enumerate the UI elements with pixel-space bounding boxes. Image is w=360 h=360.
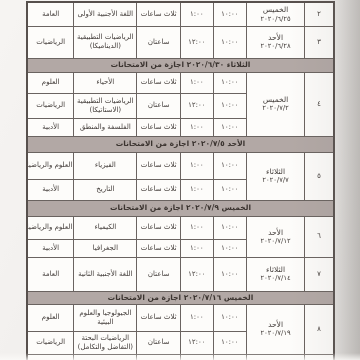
subject-cell: الجغرافيا	[74, 239, 137, 257]
start-time-cell: ١٠:٠٠	[213, 216, 247, 239]
duration-cell: ثلاث ساعات	[137, 239, 181, 257]
start-time-cell: ١٠:٠٠	[213, 152, 247, 179]
duration-cell: ساعتان	[137, 257, 181, 291]
end-time-cell: ١:٠٠	[181, 304, 214, 331]
bottom-photo-fade	[0, 353, 360, 360]
duration-cell: ثلاث ساعات	[137, 304, 181, 331]
end-time-cell: ١٢:٠٠	[181, 26, 214, 58]
exam-row: ٤الخميس٢٠٢٠/٧/٢١٠:٠٠١:٠٠ثلاث ساعاتالأحيا…	[27, 72, 334, 93]
subject-cell: الكيمياء	[74, 216, 137, 239]
duration-cell: ثلاث ساعات	[137, 118, 181, 136]
branch-cell: العلوم	[27, 72, 74, 93]
subject-cell: الأحياء	[74, 72, 137, 93]
subject-cell: الجيولوجيا والعلوم البيئية	[74, 304, 137, 331]
exam-row: ٨الأحد٢٠٢٠/٧/١٩١٠:٠٠١:٠٠ثلاث ساعاتالجيول…	[27, 304, 334, 331]
branch-cell: الرياضيات	[27, 331, 74, 354]
duration-cell: ساعتان	[137, 26, 181, 58]
subject-cell: الرياضيات التطبيقية (الاستاتيكا)	[74, 93, 137, 118]
duration-cell: ثلاث ساعات	[137, 152, 181, 179]
duration-cell: ثلاث ساعات	[137, 72, 181, 93]
subject-cell: الفلسفة والمنطق	[74, 118, 137, 136]
branch-cell: الأدبية	[27, 118, 74, 136]
branch-cell: العامة	[27, 2, 74, 26]
duration-cell: ثلاث ساعات	[137, 2, 181, 26]
start-time-cell: ١٠:٠٠	[213, 304, 247, 331]
branch-cell: الرياضيات	[27, 93, 74, 118]
holiday-band: الثلاثاء ٢٠٢٠/٦/٣٠ اجازة من الامتحانات	[27, 58, 334, 72]
branch-cell: الأدبية	[27, 179, 74, 200]
holiday-band: الخميس ٢٠٢٠/٧/١٦ اجازة من الامتحانات	[27, 291, 334, 304]
holiday-band: الخميس ٢٠٢٠/٧/٩ اجازة من الامتحانات	[27, 200, 334, 216]
subject-cell: الرياضيات البحتة (التفاضل والتكامل)	[74, 331, 137, 354]
exam-row: ٦الأحد٢٠٢٠/٧/١٢١٠:٠٠١:٠٠ثلاث ساعاتالكيمي…	[27, 216, 334, 239]
branch-cell: العلوم	[27, 304, 74, 331]
exam-row: ٢الخميس٢٠٢٠/٦/٢٥١٠:٠٠١:٠٠ثلاث ساعاتاللغة…	[27, 2, 334, 26]
duration-cell: ثلاث ساعات	[137, 216, 181, 239]
start-time-cell: ١٠:٠٠	[213, 257, 247, 291]
end-time-cell: ١:٠٠	[181, 118, 214, 136]
subject-cell: اللغة الأجنبية الثانية	[74, 257, 137, 291]
start-time-cell: ١٠:٠٠	[213, 26, 247, 58]
start-time-cell: ١٠:٠٠	[213, 2, 247, 26]
subject-cell: الرياضيات التطبيقية (الديناميكا)	[74, 26, 137, 58]
duration-cell: ثلاث ساعات	[137, 179, 181, 200]
start-time-cell: ١٠:٠٠	[213, 72, 247, 93]
start-time-cell: ١٠:٠٠	[213, 118, 247, 136]
branch-cell: العامة	[27, 257, 74, 291]
end-time-cell: ١٢:٠٠	[181, 257, 214, 291]
start-time-cell: ١٠:٠٠	[213, 331, 247, 354]
end-time-cell: ١:٠٠	[181, 2, 214, 26]
exam-schedule-table: ٢الخميس٢٠٢٠/٦/٢٥١٠:٠٠١:٠٠ثلاث ساعاتاللغة…	[26, 1, 335, 360]
exam-row: ٥الثلاثاء٢٠٢٠/٧/٧١٠:٠٠١:٠٠ثلاث ساعاتالفي…	[27, 152, 334, 179]
subject-cell: اللغة الأجنبية الأولى	[74, 2, 137, 26]
start-time-cell: ١٠:٠٠	[213, 93, 247, 118]
duration-cell: ساعتان	[137, 93, 181, 118]
end-time-cell: ١:٠٠	[181, 239, 214, 257]
end-time-cell: ١:٠٠	[181, 72, 214, 93]
branch-cell: العلوم والرياضيات	[27, 216, 74, 239]
holiday-band: الأحد ٢٠٢٠/٧/٥ اجازة من الامتحانات	[27, 136, 334, 152]
start-time-cell: ١٠:٠٠	[213, 239, 247, 257]
branch-cell: الرياضيات	[27, 26, 74, 58]
end-time-cell: ١:٠٠	[181, 152, 214, 179]
exam-row: ٧الثلاثاء٢٠٢٠/٧/١٤١٠:٠٠١٢:٠٠ساعتاناللغة …	[27, 257, 334, 291]
end-time-cell: ١:٠٠	[181, 179, 214, 200]
right-edge-shadow	[332, 0, 360, 360]
subject-cell: التاريخ	[74, 179, 137, 200]
end-time-cell: ١٢:٠٠	[181, 331, 214, 354]
exam-row: ٣الأحد٢٠٢٠/٦/٢٨١٠:٠٠١٢:٠٠ساعتانالرياضيات…	[27, 26, 334, 58]
start-time-cell: ١٠:٠٠	[213, 179, 247, 200]
end-time-cell: ١:٠٠	[181, 216, 214, 239]
branch-cell: العلوم والرياضيات	[27, 152, 74, 179]
subject-cell: الفيزياء	[74, 152, 137, 179]
end-time-cell: ١٢:٠٠	[181, 93, 214, 118]
scanned-exam-schedule-page: ٢الخميس٢٠٢٠/٦/٢٥١٠:٠٠١:٠٠ثلاث ساعاتاللغة…	[0, 0, 360, 360]
duration-cell: ساعتان	[137, 331, 181, 354]
branch-cell: الأدبية	[27, 239, 74, 257]
